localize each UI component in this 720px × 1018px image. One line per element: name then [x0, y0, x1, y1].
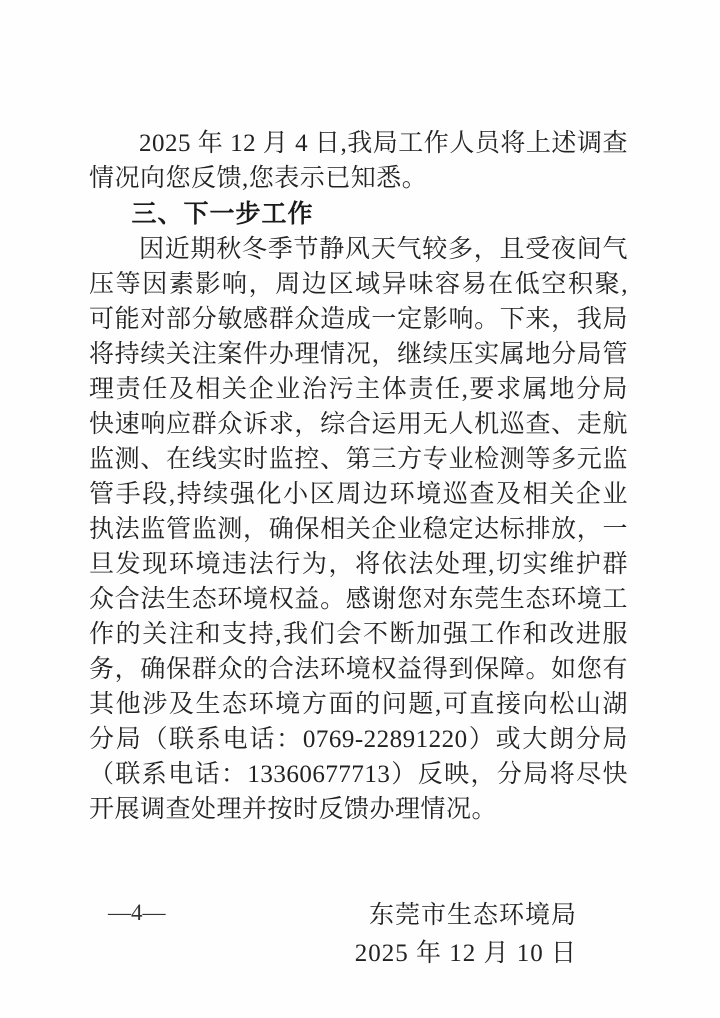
paragraph-next-steps: 因近期秋冬季节静风天气较多，且受夜间气压等因素影响，周边区域异味容易在低空积聚,…	[89, 232, 628, 827]
document-body: 2025 年 12 月 4 日,我局工作人员将上述调查情况向您反馈,您表示已知悉…	[89, 126, 628, 973]
paragraph-feedback: 2025 年 12 月 4 日,我局工作人员将上述调查情况向您反馈,您表示已知悉…	[89, 126, 628, 196]
page-number: —4—	[108, 900, 166, 926]
section-heading-next-steps: 三、下一步工作	[89, 196, 628, 232]
signature-block: 东莞市生态环境局 2025 年 12 月 10 日	[89, 897, 628, 973]
signature-date: 2025 年 12 月 10 日	[89, 935, 577, 973]
scanned-document-page: 2025 年 12 月 4 日,我局工作人员将上述调查情况向您反馈,您表示已知悉…	[0, 0, 720, 1018]
